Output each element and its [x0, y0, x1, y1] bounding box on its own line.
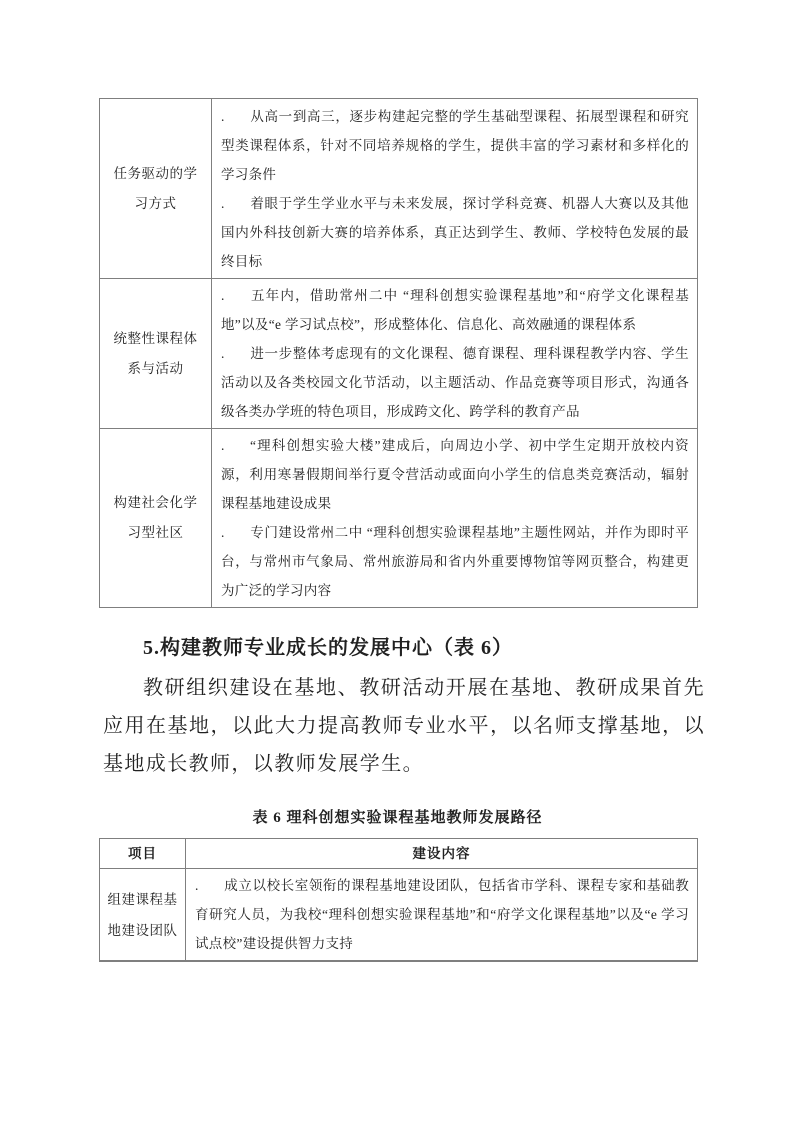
document-page: 任务驱动的学习方式 .从高一到高三，逐步构建起完整的学生基础型课程、拓展型课程和… [0, 0, 800, 1131]
table-cell-content: .从高一到高三，逐步构建起完整的学生基础型课程、拓展型课程和研究型类课程体系，针… [212, 99, 697, 278]
table-cell-project-label: 统整性课程体系与活动 [100, 279, 212, 428]
project-label: 任务驱动的学习方式 [113, 159, 199, 219]
table-cell-project-label: 构建社会化学习型社区 [100, 429, 212, 607]
bullet-dot: . [221, 102, 250, 131]
table-row: 构建社会化学习型社区 .“理科创想实验大楼”建成后，向周边小学、初中学生定期开放… [100, 428, 697, 607]
bullet-dot: . [221, 281, 250, 310]
bullet-paragraph: .进一步整体考虑现有的文化课程、德育课程、理科课程教学内容、学生活动以及各类校园… [221, 339, 689, 426]
table-row: 任务驱动的学习方式 .从高一到高三，逐步构建起完整的学生基础型课程、拓展型课程和… [100, 99, 697, 278]
project-label: 构建社会化学习型社区 [113, 488, 199, 548]
project-label: 组建课程基地建设团队 [107, 884, 179, 946]
bullet-paragraph: .从高一到高三，逐步构建起完整的学生基础型课程、拓展型课程和研究型类课程体系，针… [221, 102, 689, 189]
bullet-dot: . [195, 871, 224, 900]
section-paragraph: 教研组织建设在基地、教研活动开展在基地、教研成果首先应用在基地，以此大力提高教师… [103, 669, 705, 783]
section-heading: 5.构建教师专业成长的发展中心（表 6） [103, 634, 703, 662]
bullet-paragraph: .“理科创想实验大楼”建成后，向周边小学、初中学生定期开放校内资源，利用寒暑假期… [221, 431, 689, 518]
bullet-paragraph: .着眼于学生学业水平与未来发展，探讨学科竞赛、机器人大赛以及其他国内外科技创新大… [221, 189, 689, 276]
table-6-caption: 表 6 理科创想实验课程基地教师发展路径 [99, 806, 696, 830]
paragraph-text: 专门建设常州二中 “理科创想实验课程基地”主题性网站，并作为即时平台，与常州市气… [221, 525, 689, 598]
table-cell-project-label: 任务驱动的学习方式 [100, 99, 212, 278]
bullet-dot: . [221, 518, 250, 547]
table-header-row: 项目 建设内容 [100, 839, 697, 868]
table-row: 统整性课程体系与活动 .五年内，借助常州二中 “理科创想实验课程基地”和“府学文… [100, 278, 697, 428]
column-header-content: 建设内容 [186, 839, 697, 868]
bullet-dot: . [221, 189, 250, 218]
column-header-label: 建设内容 [413, 839, 471, 868]
table-row: 组建课程基地建设团队 .成立以校长室领衔的课程基地建设团队，包括省市学科、课程专… [100, 868, 697, 960]
bullet-paragraph: .成立以校长室领衔的课程基地建设团队，包括省市学科、课程专家和基础教育研究人员，… [195, 871, 689, 958]
table-cell-content: .“理科创想实验大楼”建成后，向周边小学、初中学生定期开放校内资源，利用寒暑假期… [212, 429, 697, 607]
bullet-paragraph: .五年内，借助常州二中 “理科创想实验课程基地”和“府学文化课程基地”以及“e … [221, 281, 689, 339]
paragraph-text: 着眼于学生学业水平与未来发展，探讨学科竞赛、机器人大赛以及其他国内外科技创新大赛… [221, 196, 689, 269]
project-label: 统整性课程体系与活动 [113, 324, 199, 384]
table-5: 任务驱动的学习方式 .从高一到高三，逐步构建起完整的学生基础型课程、拓展型课程和… [99, 98, 698, 608]
paragraph-text: 进一步整体考虑现有的文化课程、德育课程、理科课程教学内容、学生活动以及各类校园文… [221, 346, 689, 419]
table-6: 项目 建设内容 组建课程基地建设团队 .成立以校长室领衔的课程基地建设团队，包括… [99, 838, 698, 962]
column-header-label: 项目 [128, 839, 157, 868]
bullet-dot: . [221, 339, 250, 368]
table-cell-content: .五年内，借助常州二中 “理科创想实验课程基地”和“府学文化课程基地”以及“e … [212, 279, 697, 428]
table-cell-project-label: 组建课程基地建设团队 [100, 869, 186, 960]
paragraph-text: 从高一到高三，逐步构建起完整的学生基础型课程、拓展型课程和研究型类课程体系，针对… [221, 109, 689, 182]
paragraph-text: 成立以校长室领衔的课程基地建设团队，包括省市学科、课程专家和基础教育研究人员，为… [195, 878, 689, 951]
bullet-paragraph: .专门建设常州二中 “理科创想实验课程基地”主题性网站，并作为即时平台，与常州市… [221, 518, 689, 605]
column-header-project: 项目 [100, 839, 186, 868]
table-cell-content: .成立以校长室领衔的课程基地建设团队，包括省市学科、课程专家和基础教育研究人员，… [186, 869, 697, 960]
paragraph-text: “理科创想实验大楼”建成后，向周边小学、初中学生定期开放校内资源，利用寒暑假期间… [221, 438, 689, 511]
bullet-dot: . [221, 431, 250, 460]
paragraph-text: 五年内，借助常州二中 “理科创想实验课程基地”和“府学文化课程基地”以及“e 学… [221, 288, 689, 332]
